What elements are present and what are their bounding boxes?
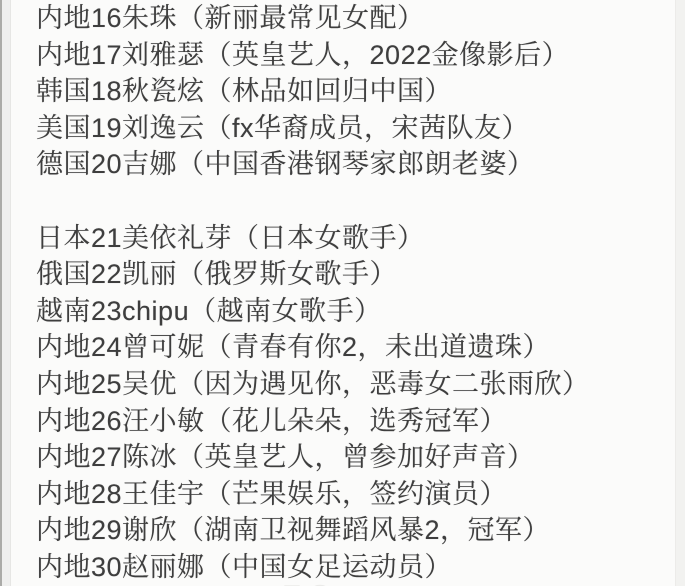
list-item: 内地28王佳宇（芒果娱乐，签约演员） <box>36 476 673 513</box>
right-edge-band <box>675 0 685 586</box>
list-item: 内地16朱珠（新丽最常见女配） <box>36 0 673 37</box>
list-item: 日本21美依礼芽（日本女歌手） <box>36 220 673 257</box>
list-item: 韩国18秋瓷炫（林品如回归中国） <box>36 73 673 110</box>
list-item: 越南23chipu（越南女歌手） <box>36 293 673 330</box>
list-item: 内地25吴优（因为遇见你，恶毒女二张雨欣） <box>36 366 673 403</box>
list-item: 内地24曾可妮（青春有你2，未出道遗珠） <box>36 329 673 366</box>
list-item: 内地27陈冰（英皇艺人，曾参加好声音） <box>36 439 673 476</box>
list-item: 德国20吉娜（中国香港钢琴家郎朗老婆） <box>36 146 673 183</box>
list-item: 美国19刘逸云（fx华裔成员，宋茜队友） <box>36 110 673 147</box>
blank-line <box>36 183 673 220</box>
list-item: 俄国22凯丽（俄罗斯女歌手） <box>36 256 673 293</box>
list-item: 内地26汪小敏（花儿朵朵，选秀冠军） <box>36 403 673 440</box>
list-item: 内地29谢欣（湖南卫视舞蹈风暴2，冠军） <box>36 512 673 549</box>
left-edge-band <box>0 0 11 586</box>
list-block-1: 内地16朱珠（新丽最常见女配）内地17刘雅瑟（英皇艺人，2022金像影后）韩国1… <box>36 0 673 183</box>
celebrity-ranking-list: 内地16朱珠（新丽最常见女配）内地17刘雅瑟（英皇艺人，2022金像影后）韩国1… <box>36 0 673 586</box>
list-item: 内地17刘雅瑟（英皇艺人，2022金像影后） <box>36 37 673 74</box>
list-item: 内地30赵丽娜（中国女足运动员） <box>36 549 673 586</box>
list-block-2: 日本21美依礼芽（日本女歌手）俄国22凯丽（俄罗斯女歌手）越南23chipu（越… <box>36 220 673 586</box>
